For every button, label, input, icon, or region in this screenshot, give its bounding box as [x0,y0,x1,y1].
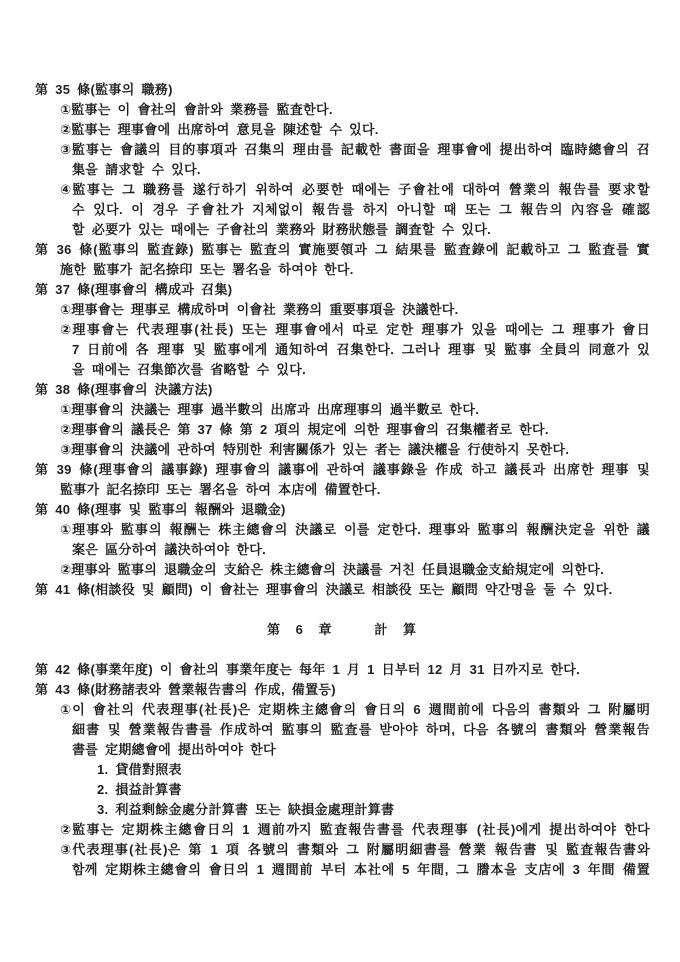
document-line: 監事가 記名捺印 또는 署名을 하여 本店에 備置한다. [35,480,650,500]
blank-line [35,640,650,660]
document-line: 을 때에는 召集節次를 省略할 수 있다. [35,360,650,380]
document-line: ③代表理事(社長)은 第 1 項 各號의 書類와 그 附屬明細書를 營業 報告書… [35,840,650,860]
document-line: ①理事와 監事의 報酬는 株主總會의 決議로 이를 定한다. 理事와 監事의 報… [35,520,650,540]
document-line: 第 42 條(事業年度) 이 會社의 事業年度는 每年 1 月 1 日부터 12… [35,660,650,680]
document-line: 施한 監事가 記名捺印 또는 署名을 하여야 한다. [35,260,650,280]
document-line: 1. 貸借對照表 [35,760,650,780]
document-line: 第 43 條(財務諸表와 營業報告書의 作成, 備置등) [35,680,650,700]
document-line: ①監事는 이 會社의 會計와 業務를 監査한다. [35,100,650,120]
document-line: ②監事는 定期株主總會日의 1 週前까지 監査報告書를 代表理事 (社長)에게 … [35,820,650,840]
blank-line [35,600,650,620]
document-line: 第 37 條(理事會의 構成과 召集) [35,280,650,300]
document-line: 第 35 條(監事의 職務) [35,80,650,100]
document-line: 書를 定期總會에 提出하여야 한다 [35,740,650,760]
document-line: 3. 利益剩餘金處分計算書 또는 缺損金處理計算書 [35,800,650,820]
document-line: 第 39 條(理事會의 議事錄) 理事會의 議事에 관하여 議事錄을 作成 하고… [35,460,650,480]
document-line: ①理事會의 決議는 理事 過半數의 出席과 出席理事의 過半數로 한다. [35,400,650,420]
document-line: 함께 定期株主總會의 會日의 1 週間前 부터 本社에 5 年間, 그 謄本을 … [35,860,650,880]
document-line: ②理事와 監事의 退職金의 支給은 株主總會의 決議를 거친 任員退職金支給規定… [35,560,650,580]
document-line: 細書 및 營業報告書를 作成하여 監事의 監査를 받아야 하며, 다음 各號의 … [35,720,650,740]
document-page: 第 35 條(監事의 職務)①監事는 이 會社의 會計와 業務를 監査한다.②監… [0,0,680,962]
document-line: 할 必要가 있는 때에는 子會社의 業務와 財務狀態를 調査할 수 있다. [35,220,650,240]
document-line: ②理事會의 議長은 第 37 條 第 2 項의 規定에 의한 理事會의 召集權者… [35,420,650,440]
document-line: 第 36 條(監事의 監査錄) 監事는 監査의 實施要領과 그 結果를 監査錄에… [35,240,650,260]
document-body: 第 35 條(監事의 職務)①監事는 이 會社의 會計와 業務를 監査한다.②監… [35,80,650,880]
document-line: 第 38 條(理事會의 決議方法) [35,380,650,400]
document-line: 7 日前에 各 理事 및 監事에게 通知하여 召集한다. 그러나 理事 및 監事… [35,340,650,360]
chapter-heading: 第 6 章 計 算 [35,620,650,640]
document-line: ①理事會는 理事로 構成하며 이會社 業務의 重要事項을 決議한다. [35,300,650,320]
document-line: ②理事會는 代表理事(社長) 또는 理事會에서 따로 定한 理事가 있을 때에는… [35,320,650,340]
document-line: ③理事會의 決議에 관하여 特別한 利害關係가 있는 者는 議決權을 行使하지 … [35,440,650,460]
document-line: ①이 會社의 代表理事(社長)은 定期株主總會의 會日의 6 週間前에 다음의 … [35,700,650,720]
document-line: ③監事는 會議의 目的事項과 召集의 理由를 記載한 書面을 理事會에 提出하여… [35,140,650,160]
document-line: 案은 區分하여 議決하여야 한다. [35,540,650,560]
document-line: ②監事는 理事會에 出席하여 意見을 陳述할 수 있다. [35,120,650,140]
document-line: 第 41 條(相談役 및 顧問) 이 會社는 理事會의 決議로 相談役 또는 顧… [35,580,650,600]
document-line: ④監事는 그 職務를 遂行하기 위하여 必要한 때에는 子會社에 대하여 營業의… [35,180,650,200]
document-line: 2. 損益計算書 [35,780,650,800]
document-line: 第 40 條(理事 및 監事의 報酬와 退職金) [35,500,650,520]
document-line: 集을 請求할 수 있다. [35,160,650,180]
document-line: 수 있다. 이 경우 子會社가 지체없이 報告를 하지 아니할 때 또는 그 報… [35,200,650,220]
